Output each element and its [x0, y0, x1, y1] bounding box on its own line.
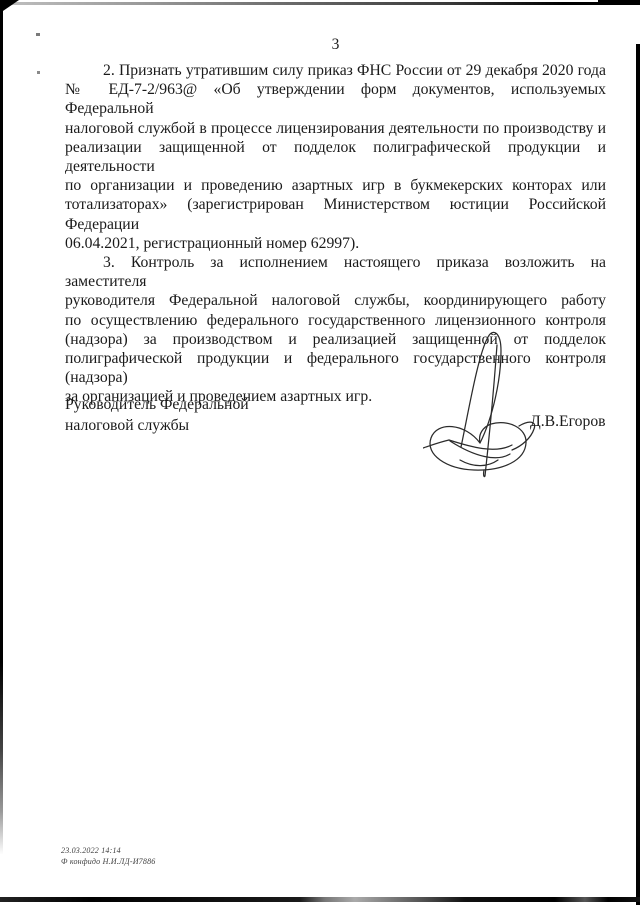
text-line: № ЕД-7-2/963@ «Об утверждении форм докум…: [65, 80, 606, 118]
signature-title-line1: Руководитель Федеральной: [65, 394, 305, 415]
scan-edge-top-right: [598, 0, 640, 5]
footer-stamp-id: Ф конфидо Н.И.ЛД-И7886: [61, 856, 155, 867]
document-page: 3 2. Признать утратившим силу приказ ФНС…: [0, 0, 640, 905]
text-line: 06.04.2021, регистрационный номер 62997)…: [65, 234, 606, 253]
text-line: налоговой службой в процессе лицензирова…: [65, 119, 606, 138]
signature-mark: [423, 327, 541, 479]
signature-name: Д.В.Егоров: [530, 413, 606, 431]
scan-edge-top: [0, 2, 640, 5]
text-line: реализации защищенной от подделок полигр…: [65, 138, 606, 176]
footer-stamp-datetime: 23.03.2022 14:14: [61, 845, 155, 856]
scan-speck: [36, 33, 40, 36]
paragraph-2: 2. Признать утратившим силу приказ ФНС Р…: [65, 61, 606, 253]
footer-stamp: 23.03.2022 14:14 Ф конфидо Н.И.ЛД-И7886: [61, 845, 155, 867]
signature-title-line2: налоговой службы: [65, 415, 305, 436]
signature-title: Руководитель Федеральной налоговой служб…: [65, 394, 305, 436]
signature-scribble-icon: [423, 327, 541, 479]
text-line: 3. Контроль за исполнением настоящего пр…: [65, 253, 606, 291]
scan-speck: [37, 71, 40, 74]
page-number: 3: [65, 36, 606, 54]
text-line: тотализаторах» (зарегистрирован Министер…: [65, 195, 606, 233]
scan-edge-right: [636, 44, 640, 905]
scan-edge-bottom: [0, 897, 640, 902]
text-line: руководителя Федеральной налоговой служб…: [65, 291, 606, 310]
text-line: 2. Признать утратившим силу приказ ФНС Р…: [65, 61, 606, 80]
scan-edge-left: [0, 0, 3, 872]
text-line: по организации и проведению азартных игр…: [65, 176, 606, 195]
